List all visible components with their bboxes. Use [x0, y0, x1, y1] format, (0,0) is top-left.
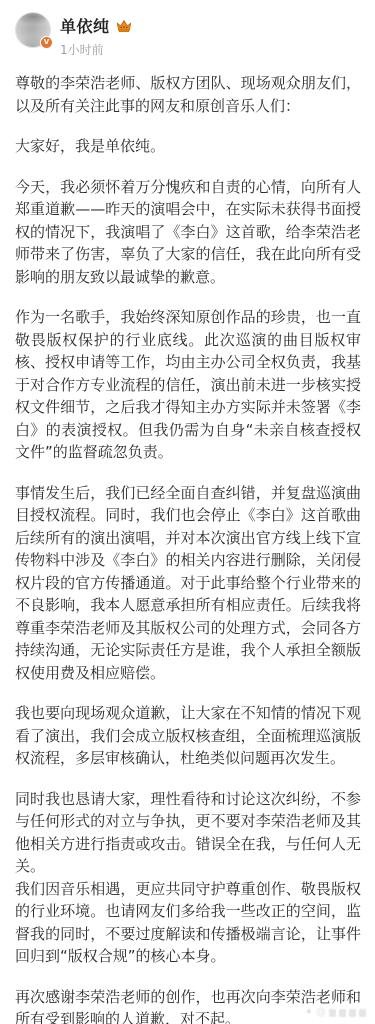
watermark-logo-icon: ✦ — [305, 1008, 313, 1018]
vip-crown-icon — [116, 19, 132, 33]
author-block: 单依纯 1小时前 — [60, 12, 132, 58]
paragraph-audience-apology: 我也要向现场观众道歉，让大家在不知情的情况下观看了演出，我们会成立版权核查组，全… — [15, 702, 361, 770]
paragraph-intro: 大家好，我是单依纯。 — [15, 135, 361, 158]
author-avatar[interactable]: V — [15, 12, 51, 48]
paragraph-responsibility: 作为一名歌手，我始终深知原创作品的珍贵，也一直敬畏版权保护的行业底线。此次巡演的… — [15, 306, 361, 464]
paragraph-plea-rational: 同时我也恳请大家，理性看待和讨论这次纠纷，不参与任何形式的对立与争执，更不要对李… — [15, 788, 361, 878]
post-timestamp: 1小时前 — [60, 41, 132, 58]
author-name[interactable]: 单依纯 — [60, 14, 110, 37]
watermark: ✦ @ — [305, 1008, 366, 1018]
watermark-at-sign: @ — [316, 1008, 326, 1018]
verified-v-badge: V — [40, 36, 53, 49]
paragraph-industry: 我们因音乐相遇，更应共同守护尊重创作、敬畏版权的行业环境。也请网友们多给我一些改… — [15, 878, 361, 968]
paragraph-corrective-actions: 事情发生后，我们已经全面自查纠错，并复盘巡演曲目授权流程。同时，我们也会停止《李… — [15, 482, 361, 685]
watermark-blurred-char — [339, 1009, 346, 1017]
paragraph-salutation: 尊敬的李荣浩老师、版权方团队、现场观众朋友们，以及所有关注此事的网友和原创音乐人… — [15, 72, 361, 117]
post-body: 尊敬的李荣浩老师、版权方团队、现场观众朋友们，以及所有关注此事的网友和原创音乐人… — [0, 58, 375, 1024]
paragraph-closing: 再次感谢李荣浩老师的创作，也再次向李荣浩老师和所有受到影响的人道歉，对不起。 — [15, 986, 361, 1024]
paragraph-apology: 今天，我必须怀着万分愧疚和自责的心情，向所有人郑重道歉——昨天的演唱会中，在实际… — [15, 176, 361, 289]
weibo-post-screenshot: V 单依纯 1小时前 尊敬的李荣浩老师、版权方团队、现场观众朋友们，以及所有关注… — [0, 0, 375, 1024]
watermark-blurred-char — [349, 1009, 356, 1017]
watermark-blurred-char — [329, 1009, 336, 1017]
watermark-blurred-char — [359, 1009, 366, 1017]
post-header: V 单依纯 1小时前 — [0, 0, 375, 58]
